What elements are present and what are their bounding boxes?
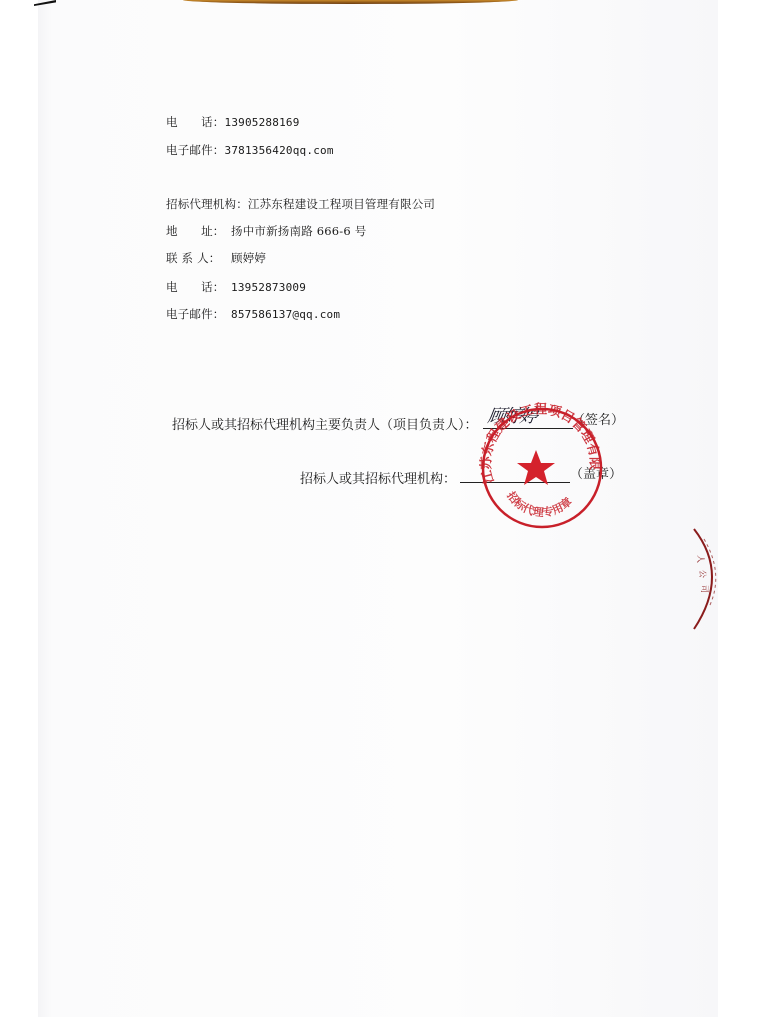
agency-name: 江苏东程建设工程项目管理有限公司 <box>248 197 435 211</box>
organization-label: 招标人或其招标代理机构： <box>300 468 456 487</box>
svg-text:招标代理专用章: 招标代理专用章 <box>504 488 575 520</box>
email-label: 电子邮件： <box>166 143 225 157</box>
agency-email-line: 电子邮件：857586137@qq.com <box>166 307 340 322</box>
address-label: 地 址： <box>166 224 231 238</box>
agency-name-line: 招标代理机构：江苏东程建设工程项目管理有限公司 <box>166 197 435 211</box>
tenderer-phone-line: 电 话：13905288169 <box>166 115 300 130</box>
phone-value: 13905288169 <box>225 116 300 129</box>
svg-text:公: 公 <box>698 570 707 578</box>
page-margin <box>718 0 757 1017</box>
phone-label: 电 话： <box>166 280 231 294</box>
company-seal: 江苏东程建设工程项目管理有限公司 招标代理专用章 <box>472 400 612 530</box>
svg-text:人: 人 <box>696 555 706 563</box>
email-value: 3781356420qq.com <box>225 144 334 157</box>
phone-label: 电 话： <box>166 115 225 129</box>
svg-text:司: 司 <box>700 585 709 593</box>
agency-phone-line: 电 话：13952873009 <box>166 280 306 295</box>
agency-address-line: 地 址：扬中市新扬南路 666-6 号 <box>166 224 366 238</box>
email-value: 857586137@qq.com <box>231 308 340 321</box>
document-page <box>38 0 718 1017</box>
agency-label: 招标代理机构： <box>166 197 248 211</box>
address-value: 扬中市新扬南路 666-6 号 <box>231 224 366 238</box>
contact-value: 顾婷婷 <box>231 251 266 265</box>
edge-seal-fragment: 人 公 司 <box>690 525 730 635</box>
email-label: 电子邮件： <box>166 307 231 321</box>
phone-value: 13952873009 <box>231 281 306 294</box>
contact-label: 联 系 人： <box>166 251 231 265</box>
responsible-person-label: 招标人或其招标代理机构主要负责人（项目负责人）： <box>172 414 478 433</box>
agency-contact-line: 联 系 人：顾婷婷 <box>166 251 266 265</box>
tenderer-email-line: 电子邮件：3781356420qq.com <box>166 143 334 158</box>
seal-star-icon <box>517 450 555 485</box>
